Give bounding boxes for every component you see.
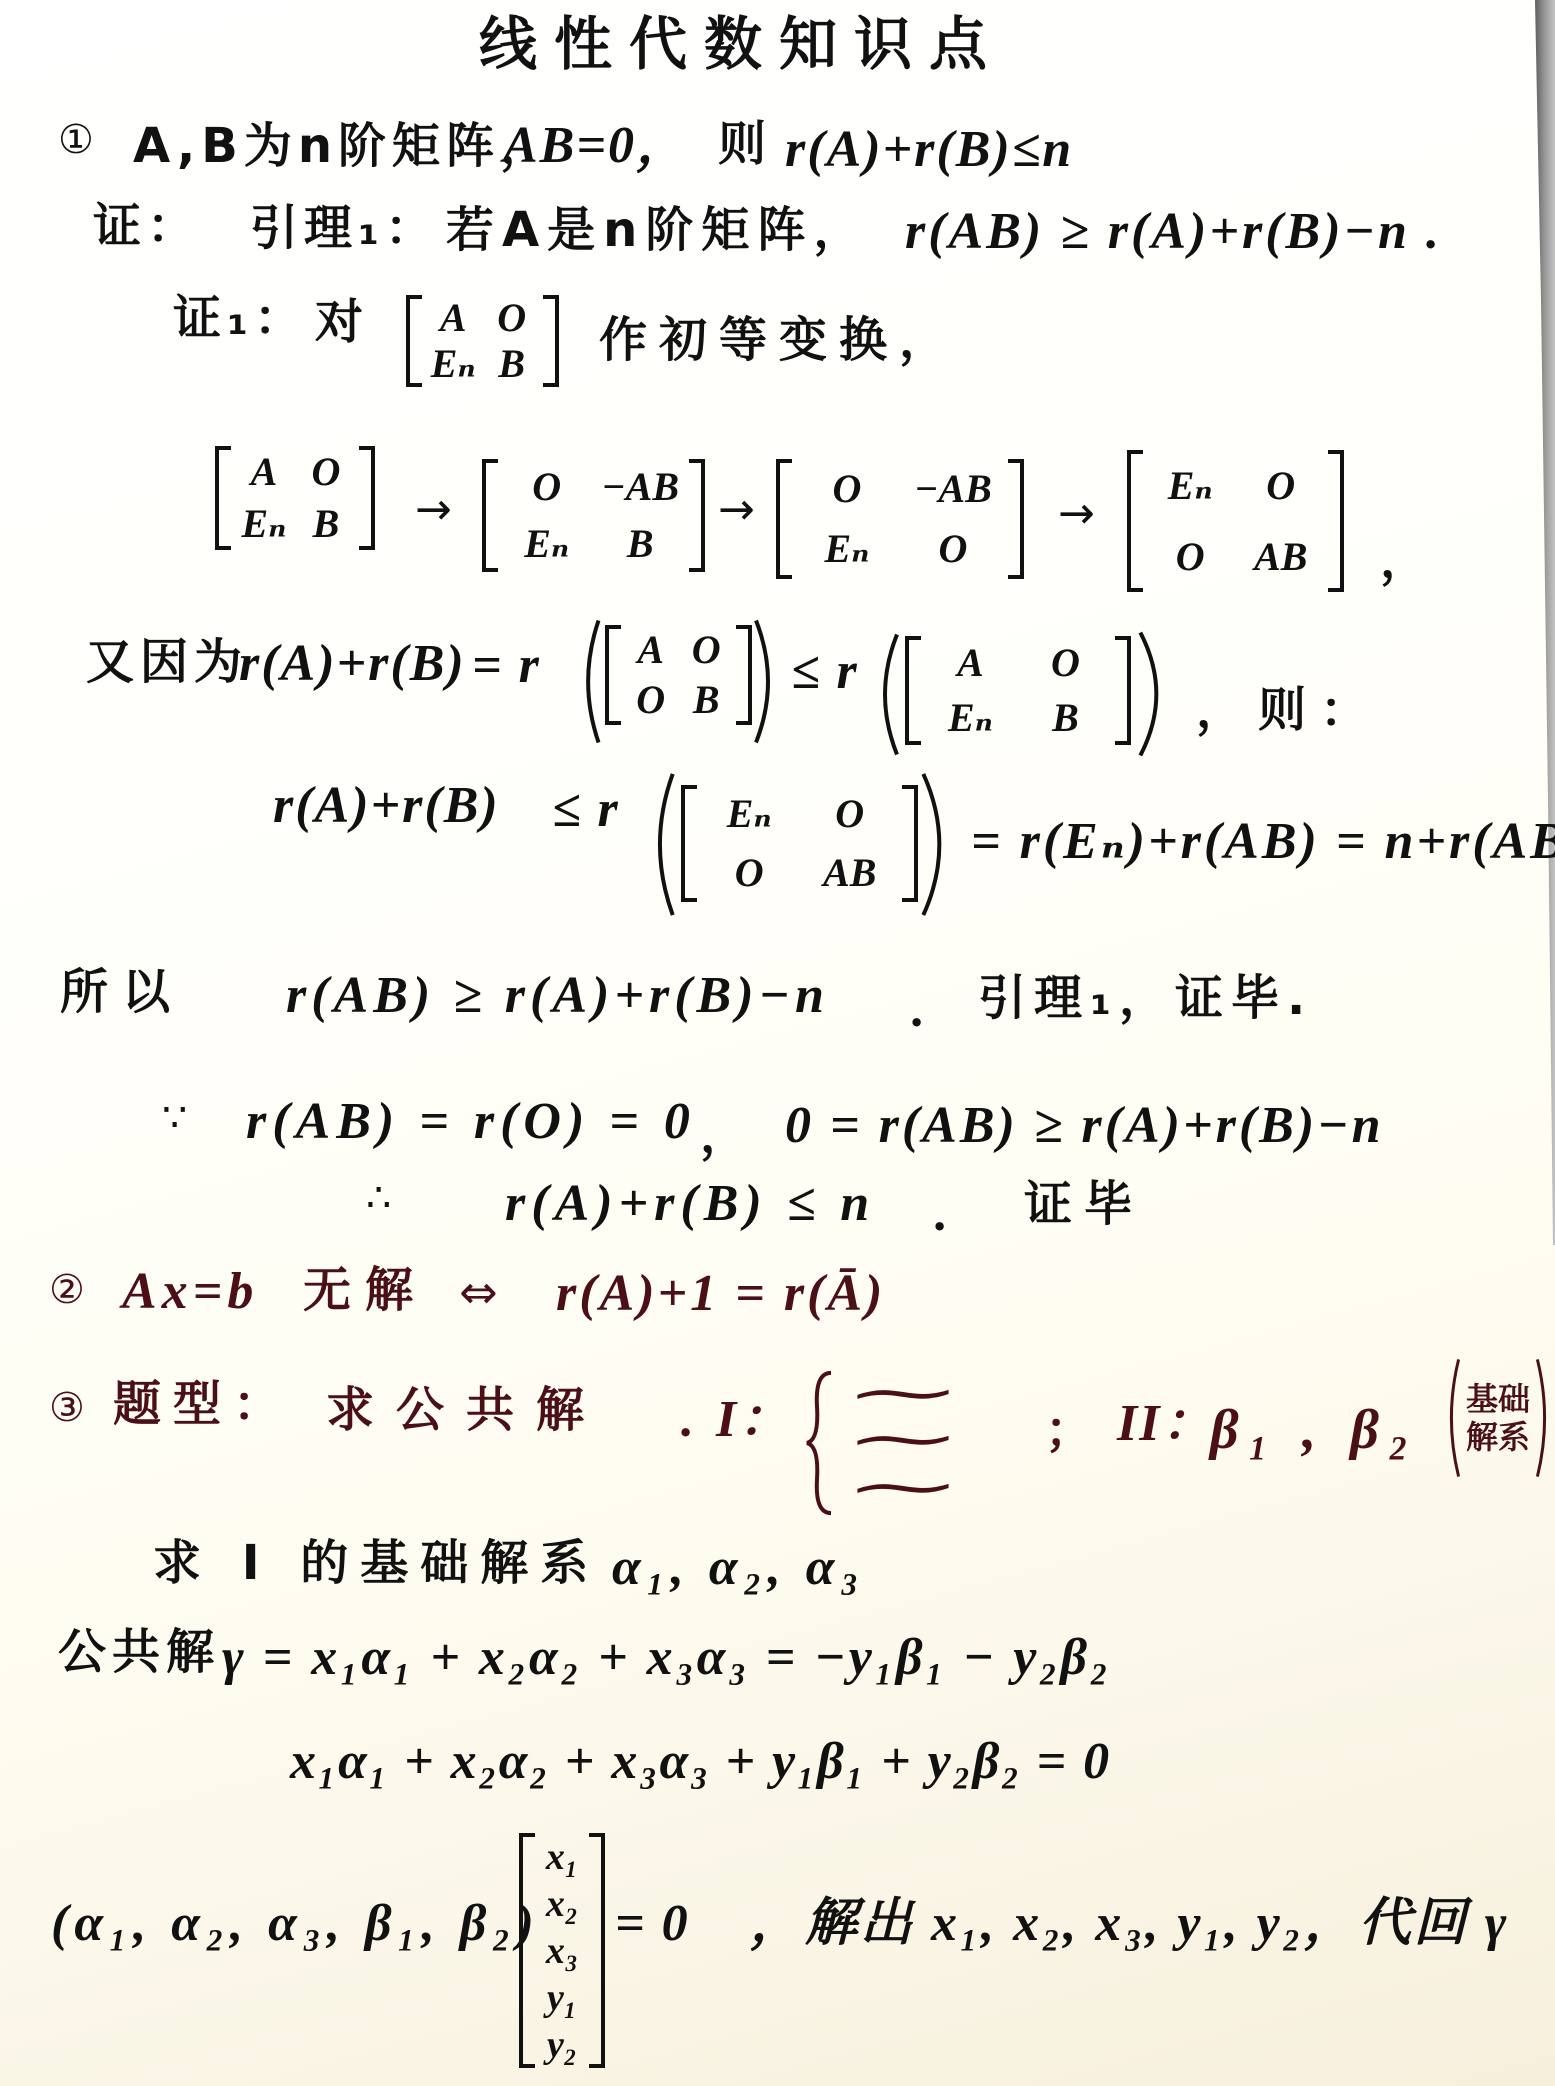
item-2-equation: Ax=b [122,1266,258,1318]
matrix-cell: −AB [594,459,688,516]
matrix-cell: x₃ [531,1927,593,1974]
matrix-cell: Eₙ [699,785,800,844]
block-matrix-a-o-o-b: AOOB [605,625,752,725]
matrix-cell: O [623,675,679,725]
chain-matrix-1: AOEₙB [215,446,375,550]
right-paren-icon [918,771,958,918]
matrix-cell: B [483,341,542,387]
left-paren-icon [576,618,602,745]
unknowns-column-vector: x₁x₂x₃y₁y₂ [519,1833,605,2068]
matrix-cell: −AB [900,459,1006,519]
matrix-cell: AB [1236,521,1327,592]
matrix-cell: A [424,295,483,341]
lemma-claim: r(AB) ≥ r(A)+r(B)−n . [905,206,1442,258]
lemma-conclusion-label: 所以 [60,968,184,1016]
therefore-qed: 证毕 [1024,1180,1144,1228]
system-separator: ； [1045,1406,1099,1454]
lemma-proof-label: 证₁： [173,294,308,342]
bound-step-le: ≤ r [552,784,620,836]
item-marker-2: ② [49,1270,85,1310]
matrix-cell: A [233,446,295,498]
matrix-cell: Eₙ [923,691,1018,746]
statement-then: 则 [718,120,772,168]
left-paren-icon [1443,1357,1461,1479]
item-marker-3: ③ [49,1388,85,1428]
because-comma: ， [700,1111,754,1159]
matrix-cell: B [679,675,735,725]
because-symbol: ∵ [162,1098,187,1138]
lemma-proof-pre: 对 [315,298,369,346]
therefore-expr: r(A)+r(B) ≤ n [505,1178,875,1230]
right-arrow-icon: → [1058,492,1095,536]
matrix-cell: Eₙ [1145,450,1236,521]
matrix-cell: B [1018,691,1113,746]
matrix-cell: Eₙ [424,341,483,387]
bound-step-rhs: = r(Eₙ)+r(AB) = n+r(AB) [971,816,1555,868]
statement-subject: A,B为n阶矩阵， [133,122,554,170]
iff-symbol: ⇔ [459,1269,498,1315]
lemma-condition: 若A是n阶矩阵， [446,206,869,254]
step-4-eq: = 0 [615,1898,690,1950]
therefore-symbol: ∴ [366,1178,391,1218]
matrix-cell: O [800,785,901,844]
right-paren-icon [752,618,782,745]
lemma-conclusion-end: 引理₁，证毕. [978,974,1313,1022]
matrix-cell: x₁ [531,1833,593,1880]
bound-step-lhs: r(A)+r(B) [273,780,500,832]
matrix-cell: y₁ [531,1974,593,2021]
page-edge-shadow [1525,0,1555,1260]
lemma-conclusion-expr: r(AB) ≥ r(A)+r(B)−n [286,970,829,1022]
lemma-label: 引理₁： [250,204,439,252]
step-2-label: 公共解 [58,1628,220,1676]
because-expr-1: r(AB) = r(O) = 0 [246,1096,696,1148]
chain-matrix-2: O−ABEₙB [482,459,705,572]
right-paren-icon [1535,1357,1553,1479]
lemma-conclusion-dot: . [912,984,927,1036]
basis-note-text: 基础 解系 [1461,1365,1535,1471]
block-matrix-a-o-en-b: AOEₙB [905,636,1131,745]
matrix-cell: O [500,459,594,516]
step-3-expr: x₁α₁ + x₂α₂ + x₃α₃ + y₁β₁ + y₂β₂ = 0 [290,1736,1111,1788]
matrix-cell: O [295,446,357,498]
matrix-cell: A [923,636,1018,691]
block-matrix-en-o-o-ab: EₙOOAB [681,785,918,902]
matrix-cell: x₂ [531,1880,593,1927]
matrix-cell: O [1018,636,1113,691]
matrix-cell: AB [800,844,901,903]
left-paren-icon [645,771,677,918]
item-3-dot: . [681,1394,696,1446]
rank-step-prefix: 又因为 [86,638,248,686]
rank-step-lhs: r(A)+r(B) [239,638,466,690]
right-arrow-icon: → [718,488,755,532]
matrix-cell: O [794,459,900,519]
basis-note-line-1: 基础 [1466,1380,1530,1418]
system-2-label: II： [1117,1398,1215,1450]
system-2-vectors: β₁ , β₂ [1210,1402,1418,1458]
matrix-cell: O [1236,450,1327,521]
step-1-text: 求 I 的基础解系 [153,1539,600,1587]
right-arrow-icon: → [415,488,452,532]
right-paren-icon [1135,630,1175,758]
step-4-row-vector: (α₁, α₂, α₃, β₁, β₂) [51,1898,540,1950]
handwritten-note-page: 线性代数知识点 ① A,B为n阶矩阵， AB=0， 则 r(A)+r(B)≤n … [0,0,1555,2086]
matrix-cell: O [900,519,1006,579]
chain-end-comma: ， [1380,536,1434,584]
basis-note: 基础 解系 [1443,1357,1553,1479]
rank-step-suffix: ，则： [1196,686,1382,734]
step-4-tail: ，解出 x₁, x₂, x₃, y₁, y₂，代回 γ [750,1898,1509,1950]
left-paren-icon [871,632,901,757]
matrix-cell: Eₙ [500,516,594,573]
item-marker-1: ① [58,120,94,160]
because-expr-2: 0 = r(AB) ≥ r(A)+r(B)−n [785,1100,1384,1152]
therefore-dot: . [935,1188,950,1240]
chain-matrix-3: O−ABEₙO [776,459,1024,579]
matrix-cell: A [623,625,679,675]
system-1-label: I： [716,1394,792,1446]
matrix-cell: y₂ [531,2021,593,2068]
equation-placeholder-squiggle: ∼ [842,1460,964,1516]
item-3-topic: 求公共解 [326,1386,606,1434]
statement-result: r(A)+r(B)≤n [785,124,1073,176]
matrix-cell: O [483,295,542,341]
basis-note-line-2: 解系 [1466,1418,1530,1456]
statement-condition: AB=0， [503,120,690,172]
item-2-rank-relation: r(A)+1 = r(Ā) [556,1268,885,1320]
item-2-condition: 无解 [303,1266,427,1314]
proof-label: 证： [93,202,201,250]
matrix-cell: B [594,516,688,573]
step-1-vectors: α₁, α₂, α₃ [612,1542,865,1594]
matrix-cell: O [699,844,800,903]
chain-matrix-4: EₙOOAB [1127,450,1344,592]
left-brace-icon [805,1370,835,1516]
matrix-cell: O [1145,521,1236,592]
lemma-proof-post: 作初等变换， [599,316,959,364]
block-matrix-a-o-en-b: AOEₙB [406,295,559,387]
step-2-expr: γ = x₁α₁ + x₂α₂ + x₃α₃ = −y₁β₁ − y₂β₂ [222,1632,1111,1684]
matrix-cell: O [679,625,735,675]
item-3-label: 题型： [113,1380,293,1428]
rank-step-eq: = r [472,640,541,692]
page-title: 线性代数知识点 [479,15,1004,73]
matrix-cell: B [295,498,357,550]
rank-step-le: ≤ r [791,646,859,698]
matrix-cell: Eₙ [233,498,295,550]
matrix-cell: Eₙ [794,519,900,579]
